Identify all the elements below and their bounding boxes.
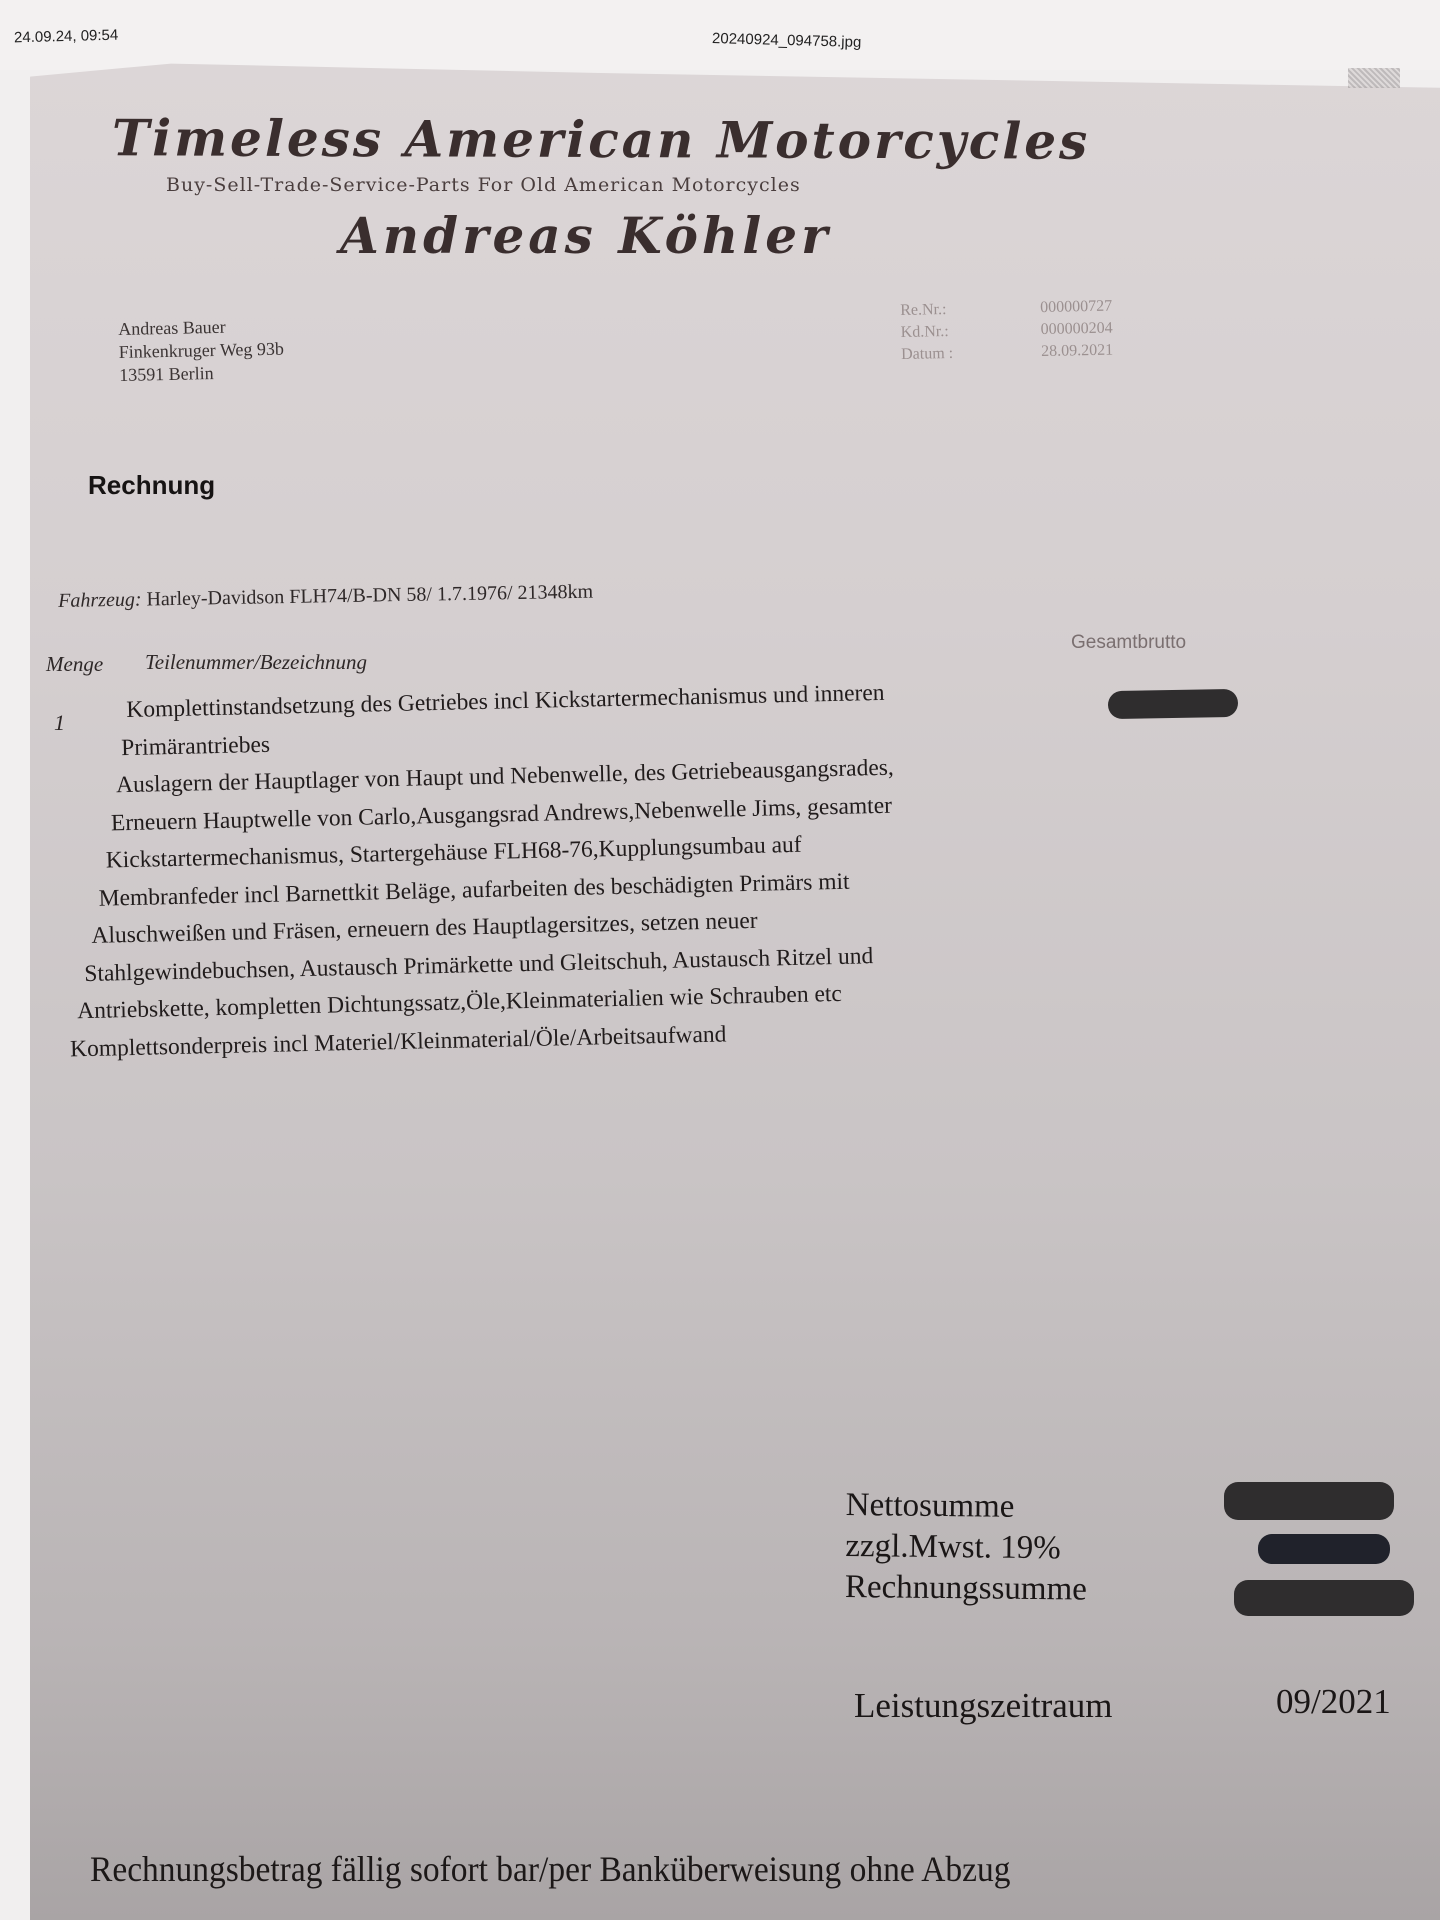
company-name: Timeless American Motorcycles [112, 108, 1090, 170]
company-tagline: Buy-Sell-Trade-Service-Parts For Old Ame… [166, 174, 801, 196]
recipient-address: Andreas Bauer Finkenkruger Weg 93b 13591… [118, 315, 285, 387]
vehicle-label: Fahrzeug: [58, 589, 142, 612]
meta-value: 000000204 [1040, 318, 1112, 342]
recipient-name: Andreas Bauer [118, 315, 284, 341]
meta-row-date: Datum : 28.09.2021 [901, 340, 1113, 366]
meta-label: Re.Nr.: [900, 297, 1040, 322]
column-header-description: Teilenummer/Bezeichnung [145, 650, 367, 675]
stamp-mark [1348, 68, 1400, 88]
print-header: 24.09.24, 09:54 20240924_094758.jpg [0, 0, 1440, 70]
line-item-description: Komplettinstandsetzung des Getriebes inc… [40, 669, 1148, 1069]
recipient-street: Finkenkruger Weg 93b [118, 338, 284, 364]
document-title: Rechnung [88, 470, 215, 501]
print-timestamp: 24.09.24, 09:54 [14, 27, 119, 47]
invoice-meta: Re.Nr.: 000000727 Kd.Nr.: 000000204 Datu… [900, 296, 1113, 366]
meta-value: 28.09.2021 [1041, 340, 1113, 364]
column-header-quantity: Menge [46, 652, 103, 677]
meta-value: 000000727 [1040, 296, 1112, 320]
totals-block: Nettosumme zzgl.Mwst. 19% Rechnungssumme [845, 1485, 1088, 1611]
print-filename: 20240924_094758.jpg [712, 30, 862, 51]
service-period-value: 09/2021 [1276, 1682, 1391, 1722]
net-total-label: Nettosumme [846, 1485, 1088, 1529]
recipient-city: 13591 Berlin [119, 361, 285, 387]
redacted-invoice-total [1234, 1580, 1414, 1616]
redacted-line-total [1108, 689, 1238, 719]
column-header-total: Gesamtbrutto [1071, 632, 1186, 654]
vat-label: zzgl.Mwst. 19% [845, 1526, 1087, 1570]
payment-terms: Rechnungsbetrag fällig sofort bar/per Ba… [90, 1848, 1010, 1890]
service-period-label: Leistungszeitraum [854, 1686, 1113, 1726]
owner-name: Andreas Köhler [340, 206, 831, 265]
meta-label: Kd.Nr.: [900, 319, 1040, 344]
invoice-total-label: Rechnungssumme [845, 1567, 1087, 1611]
meta-label: Datum : [901, 341, 1041, 366]
redacted-vat [1258, 1534, 1390, 1564]
redacted-net-total [1224, 1482, 1394, 1520]
